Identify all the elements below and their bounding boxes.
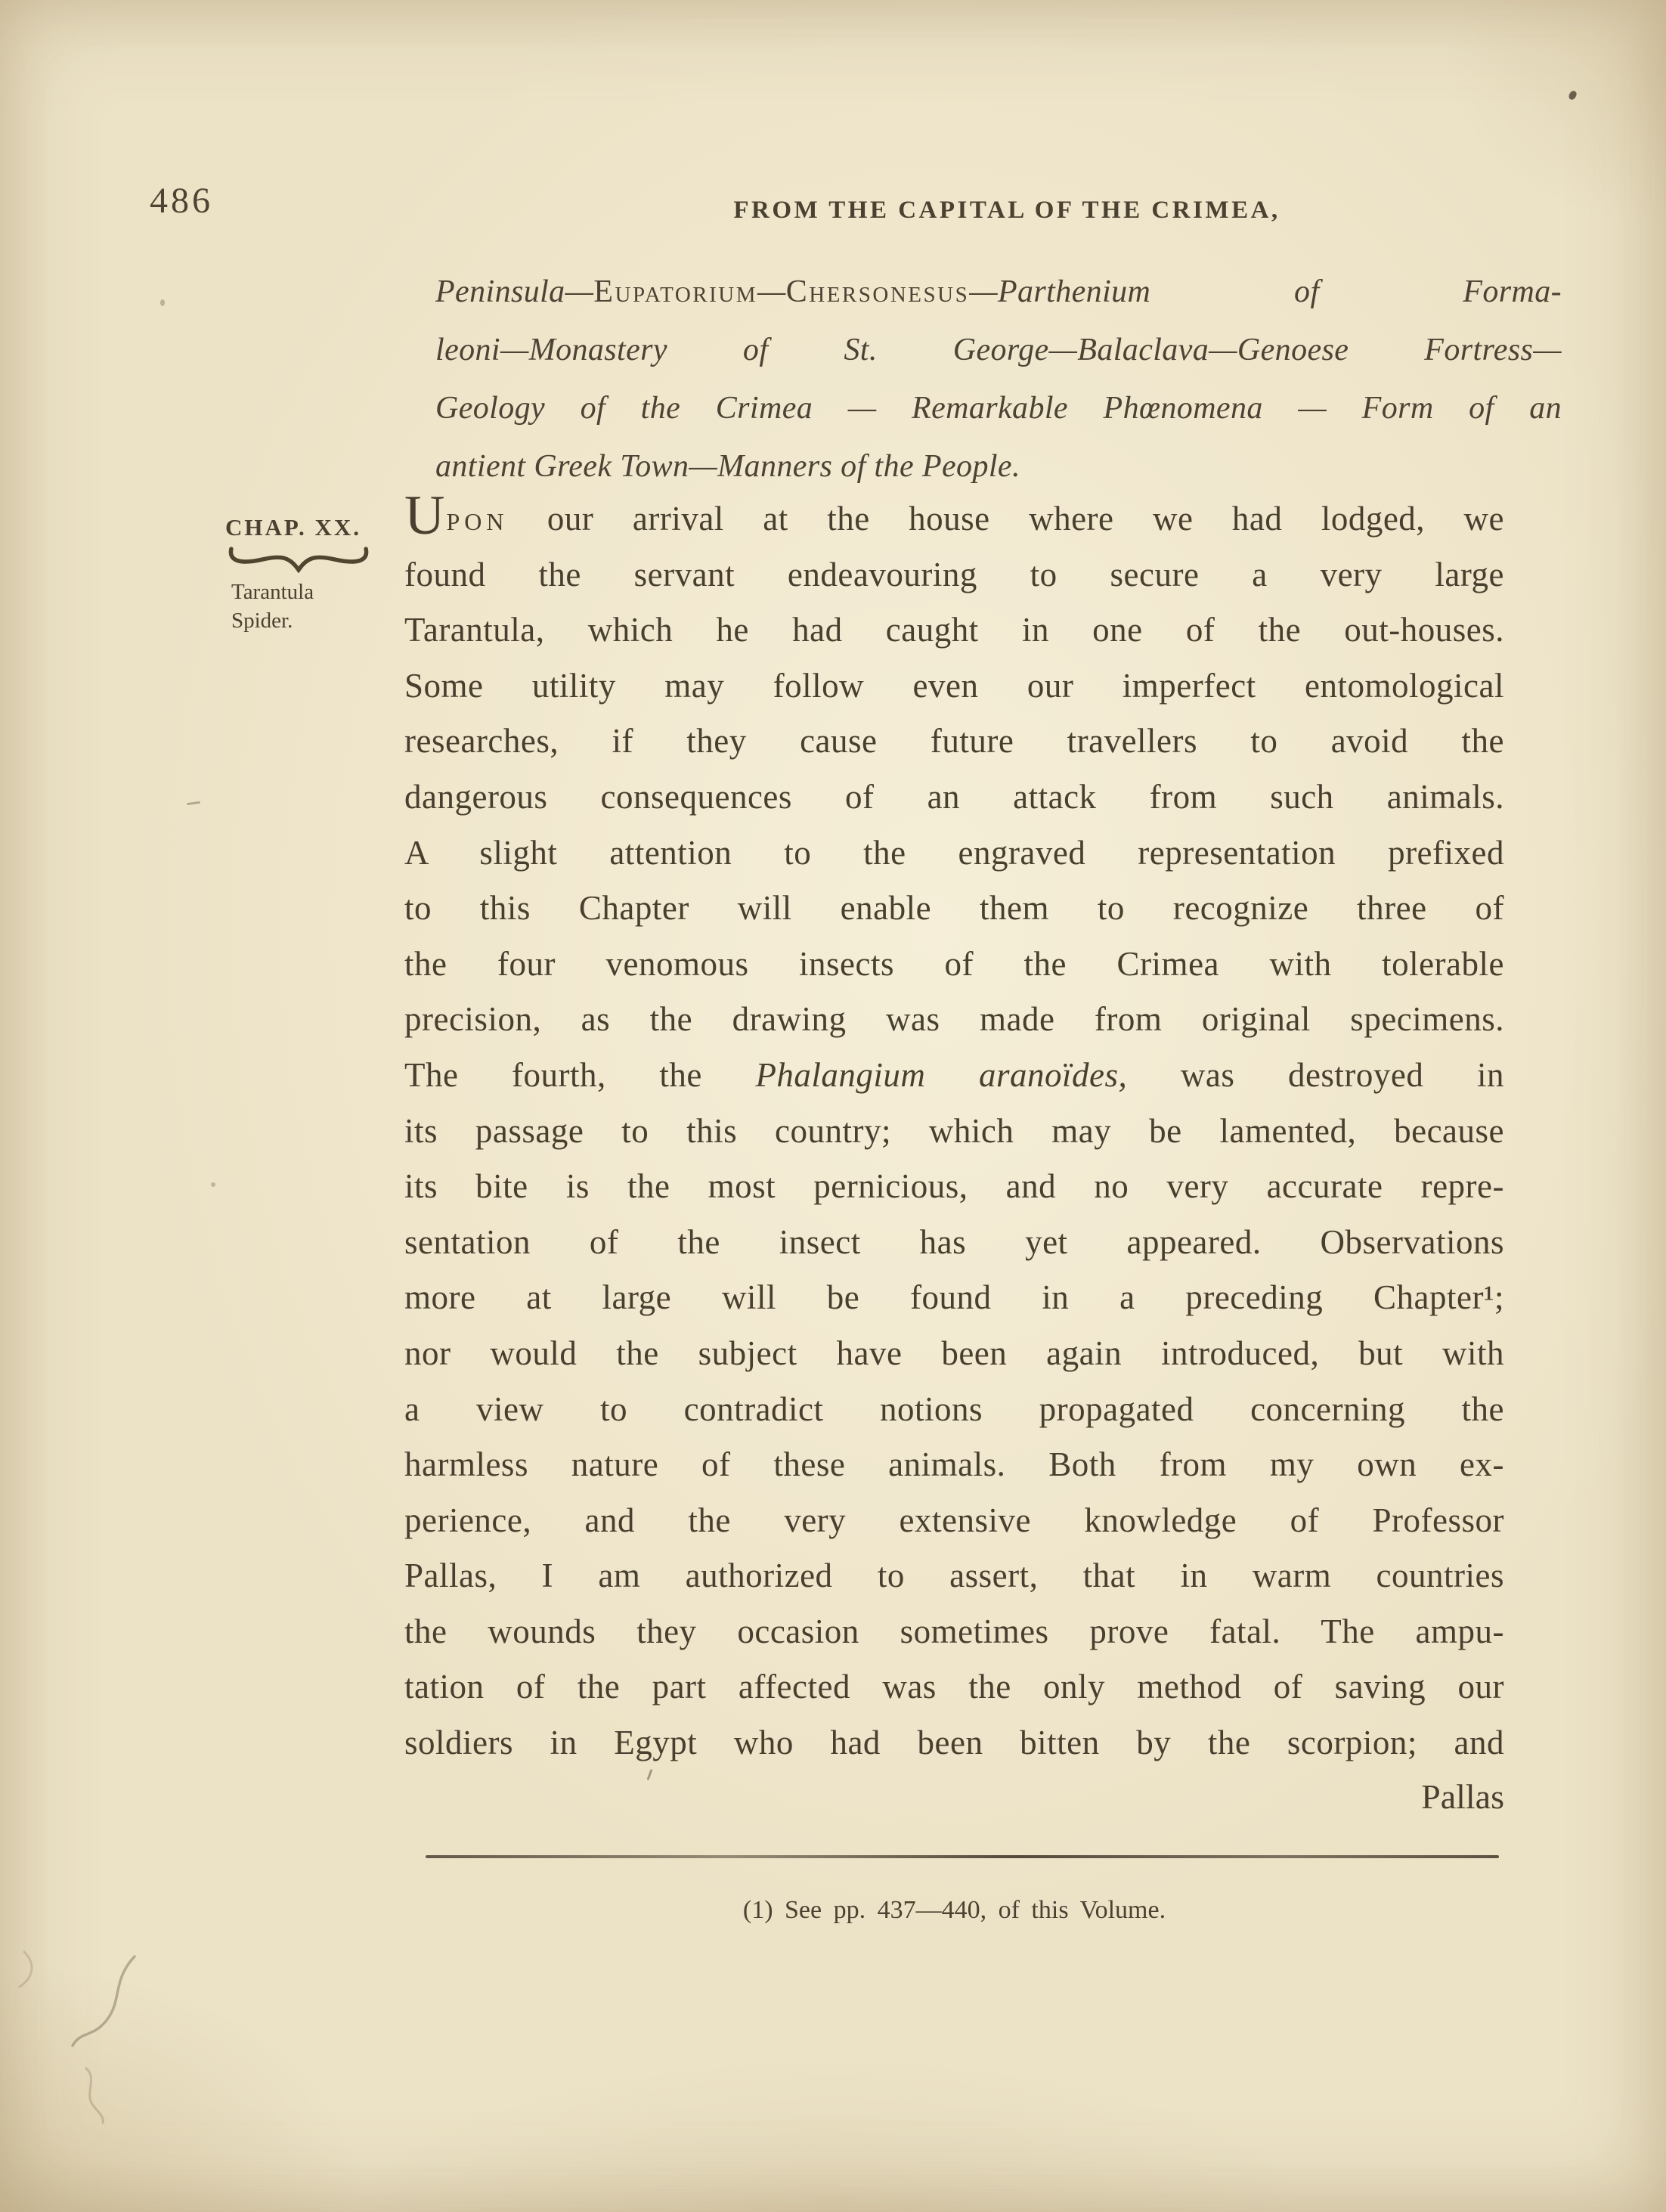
body-line: UPON our arrival at the house where we h… xyxy=(404,491,1504,547)
summary-segment-smallcaps: Eupatorium xyxy=(593,274,757,309)
summary-line-1: Peninsula—Eupatorium—Chersonesus—Parthen… xyxy=(435,263,1562,321)
running-head: FROM THE CAPITAL OF THE CRIMEA, xyxy=(733,197,1280,225)
species-name: Phalangium aranoïdes, xyxy=(755,1056,1127,1094)
body-line: its passage to this country; which may b… xyxy=(404,1104,1504,1160)
catchword: Pallas xyxy=(404,1777,1504,1817)
ink-speck xyxy=(1568,90,1578,101)
body-line-text: was destroyed in xyxy=(1127,1056,1504,1094)
book-page: 486 FROM THE CAPITAL OF THE CRIMEA, Peni… xyxy=(0,0,1666,2212)
summary-segment: Peninsula xyxy=(435,274,565,309)
body-line: to this Chapter will enable them to reco… xyxy=(404,881,1504,937)
body-line: Pallas, I am authorized to assert, that … xyxy=(404,1548,1504,1604)
page-number: 486 xyxy=(150,180,213,222)
margin-note: Tarantula Spider. xyxy=(231,578,314,635)
summary-segment-smallcaps: Chersonesus xyxy=(786,274,969,309)
summary-line-3: Geology of the Crimea — Remarkable Phœno… xyxy=(435,380,1562,438)
body-line: Tarantula, which he had caught in one of… xyxy=(404,603,1504,658)
body-line-text: our arrival at the house where we had lo… xyxy=(508,500,1504,538)
body-line: the wounds they occasion sometimes prove… xyxy=(404,1604,1504,1660)
body-line: more at large will be found in a precedi… xyxy=(404,1270,1504,1326)
margin-note-line: Spider. xyxy=(231,606,314,635)
body-line: researches, if they cause future travell… xyxy=(404,714,1504,770)
chapter-summary: Peninsula—Eupatorium—Chersonesus—Parthen… xyxy=(435,263,1562,496)
body-line: A slight attention to the engraved repre… xyxy=(404,826,1504,881)
body-line-text: The fourth, the xyxy=(404,1056,755,1094)
body-line: nor would the subject have been again in… xyxy=(404,1326,1504,1382)
body-text: UPON our arrival at the house where we h… xyxy=(404,491,1504,1771)
drop-initial: U xyxy=(404,485,446,547)
body-line: sentation of the insect has yet appeared… xyxy=(404,1215,1504,1271)
dash: — xyxy=(757,274,786,309)
footnote-rule xyxy=(426,1855,1499,1858)
body-line: the four venomous insects of the Crimea … xyxy=(404,937,1504,993)
footnote: (1) See pp. 437—440, of this Volume. xyxy=(404,1896,1504,1925)
body-line: tation of the part affected was the only… xyxy=(404,1659,1504,1715)
body-line: dangerous consequences of an attack from… xyxy=(404,770,1504,826)
pencil-mark xyxy=(211,1182,215,1187)
dash: — xyxy=(969,274,998,309)
body-line: harmless nature of these animals. Both f… xyxy=(404,1437,1504,1493)
dash: — xyxy=(565,274,594,309)
body-line: perience, and the very extensive knowled… xyxy=(404,1493,1504,1549)
body-line: The fourth, the Phalangium aranoïdes, wa… xyxy=(404,1048,1504,1104)
summary-line-4: antient Greek Town—Manners of the People… xyxy=(435,438,1562,496)
small-caps-word: PON xyxy=(446,508,508,535)
body-line: its bite is the most pernicious, and no … xyxy=(404,1159,1504,1215)
pencil-scribble xyxy=(14,1950,180,2192)
margin-note-line: Tarantula xyxy=(231,578,314,606)
brace-ornament xyxy=(224,540,373,573)
summary-line-2: leoni—Monastery of St. George—Balaclava—… xyxy=(435,321,1562,380)
body-line: soldiers in Egypt who had been bitten by… xyxy=(404,1715,1504,1771)
ink-speck xyxy=(160,299,165,306)
margin-chapter-label: CHAP. XX. xyxy=(225,514,361,541)
body-line: found the servant endeavouring to secure… xyxy=(404,547,1504,603)
body-line: Some utility may follow even our imperfe… xyxy=(404,658,1504,714)
body-line: a view to contradict notions propagated … xyxy=(404,1382,1504,1438)
summary-segment: Parthenium of Forma- xyxy=(998,274,1562,309)
pencil-mark xyxy=(187,801,200,805)
body-line: precision, as the drawing was made from … xyxy=(404,992,1504,1048)
